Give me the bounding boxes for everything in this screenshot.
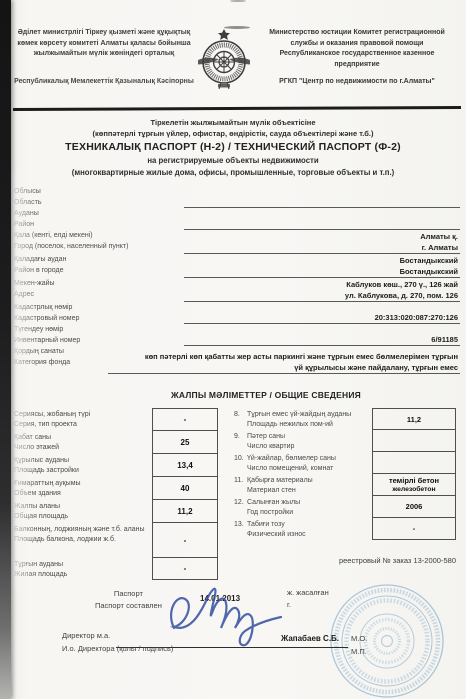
field-label-kk: Қордың санаты xyxy=(14,347,108,358)
field-cadastral-number: Кадастрлық нөмірКадастровый номер 20:313… xyxy=(14,303,460,324)
director-label: Директор м.а. И.о. Директора (қолы / под… xyxy=(62,629,173,655)
subtitle-kazakh-note: (көппәтерлі тұрғын үйлер, офистар, өндір… xyxy=(0,128,466,139)
made-label-ru: г. xyxy=(287,599,329,611)
field-value: Каблуков көш., 270 ү., 126 жайул. Каблук… xyxy=(184,279,460,302)
passport-label-ru: Паспорт составлен xyxy=(95,600,162,612)
value-box xyxy=(372,429,456,452)
general-row-floors: Қабат саныЧисло этажей 25 xyxy=(14,431,218,454)
row-number: 11. xyxy=(234,474,247,496)
value-box: - xyxy=(372,517,456,540)
field-value-ru: 6/91185 xyxy=(184,334,458,345)
value-line: 2006 xyxy=(406,502,423,511)
row-label-ru: Серия, тип проекта xyxy=(14,420,148,430)
row-label-ru: Площадь застройки xyxy=(14,466,148,476)
value-line: темірлі бетон xyxy=(389,476,439,485)
field-value: көп пәтерлі көп қабатты жер асты паркинг… xyxy=(108,347,460,374)
org-line: службы и оказания правовой помощи xyxy=(256,39,458,50)
general-section-title: ЖАЛПЫ МӘЛІМЕТТЕР / ОБЩИЕ СВЕДЕНИЯ xyxy=(0,390,466,400)
general-row-footprint: Құрылыс ауданыПлощадь застройки 13,4 xyxy=(14,454,218,477)
field-value-ru: 20:313:020:087:270:126 xyxy=(184,312,458,323)
value-line: железобетон xyxy=(392,485,435,494)
value-box: 11,2 xyxy=(152,499,218,523)
row-label-kk: Қабат саны xyxy=(14,433,148,443)
value-box: 11,2 xyxy=(372,408,456,430)
org-block-kazakh: Әділет министрлігі Тіркеу қызметі және қ… xyxy=(14,28,194,97)
row-label-ru: Физический износ xyxy=(247,530,368,540)
org-block-russian: Министерство юстиции Комитет регистрацио… xyxy=(256,28,458,97)
round-blue-stamp-icon xyxy=(326,580,448,699)
row-label-kk: Жалпы аланы xyxy=(14,502,148,512)
row-label-kk: Сериясы, жобаның түрі xyxy=(14,410,148,420)
field-city: Қала (кенті, елді мекені)Город (поселок,… xyxy=(14,231,460,254)
general-row-series: Сериясы, жобаның түріСерия, тип проекта … xyxy=(14,408,218,431)
row-label-kk: Ғимараттың ауқымы xyxy=(14,479,148,489)
row-label-ru: Жилая площадь xyxy=(14,570,148,580)
row-label-ru: Число помещений, комнат xyxy=(247,464,368,474)
scanned-technical-passport-page: Әділет министрлігі Тіркеу қызметі және қ… xyxy=(0,0,466,699)
scan-edge-shadow xyxy=(0,0,11,699)
org-name-kazakh: Республикалық Мемлекеттік Қазыналық Кәсі… xyxy=(14,77,194,88)
field-label-kk: Ауданы xyxy=(14,209,184,220)
row-label-kk: Тұрғын емес үй-жайдың ауданы xyxy=(247,410,368,420)
row-label-ru: Площадь нежилых пом-ий xyxy=(247,420,368,430)
field-label-ru: Город (поселок, населенный пункт) xyxy=(14,242,184,253)
field-value-ru: үй құрылысы және пайдалану, тұрғын емес xyxy=(108,362,458,373)
row-label-ru: Общая площадь xyxy=(14,512,148,522)
field-label-ru: Область xyxy=(14,198,184,209)
subtitle-kazakh: Тіркелетін жылжымайтын мүлік объектісіне xyxy=(0,117,466,128)
scan-speck xyxy=(230,0,246,2)
row-label-ru: Материал стен xyxy=(247,486,368,496)
row-label-ru: Число квартир xyxy=(247,442,368,452)
kazakhstan-coat-of-arms-icon xyxy=(195,28,255,97)
field-value: Алматы қ.г. Алматы xyxy=(184,231,460,254)
row-label-kk: Пәтер саны xyxy=(247,432,368,442)
general-row-volume: Ғимараттың ауқымыОбъем здания 40 xyxy=(14,477,218,500)
made-label: ж. жасалған г. xyxy=(287,587,329,611)
value-box: темірлі бетонжелезобетон xyxy=(372,473,456,496)
handwritten-signature-icon xyxy=(160,566,290,657)
field-label-ru: Категория фонда xyxy=(14,358,108,369)
value-box: 13,4 xyxy=(152,453,218,477)
org-line: Министерство юстиции Комитет регистрацио… xyxy=(256,28,458,39)
field-label-kk: Түгендеу нөмір xyxy=(14,325,184,336)
field-value-ru: ул. Каблукова, д. 270, пом. 126 xyxy=(184,290,458,301)
row-number: 13. xyxy=(234,518,247,540)
row-label-kk: Қабырға материалы xyxy=(247,476,368,486)
value-box: - xyxy=(152,522,218,558)
field-oblast: ОблысыОбласть xyxy=(14,187,460,208)
row-label-kk: Табиғи тозу xyxy=(247,520,368,530)
row-label-ru: Объем здания xyxy=(14,489,148,499)
general-row-total-area: Жалпы аланыОбщая площадь 11,2 xyxy=(14,500,218,523)
field-value-ru: г. Алматы xyxy=(184,242,458,253)
field-fund-category: Қордың санатыКатегория фонда көп пәтерлі… xyxy=(14,347,460,374)
value-line: 11,2 xyxy=(407,415,421,424)
row-label-ru: Число этажей xyxy=(14,443,148,453)
header: Әділет министрлігі Тіркеу қызметі және қ… xyxy=(0,0,466,97)
field-label-kk: Мекен-жайы xyxy=(14,279,184,290)
value-box: - xyxy=(152,408,218,431)
header-divider-line xyxy=(13,106,461,111)
document-title-block: Тіркелетін жылжымайтын мүлік объектісіне… xyxy=(0,117,466,178)
address-section: ОблысыОбласть АуданыРайон Қала (кенті, е… xyxy=(14,187,460,374)
value-box xyxy=(372,451,456,474)
org-line: жылжымайтын мүлік жөніндегі орталық xyxy=(14,49,194,60)
field-label-ru: Адрес xyxy=(14,290,184,301)
value-box: 40 xyxy=(152,476,218,500)
passport-label-kk: Паспорт xyxy=(95,588,162,600)
director-label-ru: И.о. Директора (қолы / подпись) xyxy=(62,642,173,655)
footer: Паспорт Паспорт составлен 14.01.2013 ж. … xyxy=(0,582,466,699)
general-row-year-built: 12. Салынған жылыГод постройки 2006 xyxy=(234,496,456,518)
general-right-column: 8. Тұрғын емес үй-жайдың ауданыПлощадь н… xyxy=(234,408,456,580)
field-value-kk: Каблуков көш., 270 ү., 126 жай xyxy=(184,279,458,290)
field-value: 20:313:020:087:270:126 xyxy=(184,303,460,324)
subtitle-russian: на регистрируемые объекты недвижимости xyxy=(0,155,466,167)
field-value xyxy=(184,209,460,230)
value-box: 2006 xyxy=(372,495,456,518)
general-row-balcony-area: Балконның, лоджияның және т.б. аланыПлощ… xyxy=(14,523,218,558)
field-inventory-number: Түгендеу нөмірИнвентарный номер 6/91185 xyxy=(14,325,460,346)
org-line: Республиканское государственное казенное xyxy=(256,49,458,60)
field-city-district: Қаладағы ауданРайон в городе Бостандыкск… xyxy=(14,255,460,278)
org-name-russian: РГКП "Центр по недвижимости по г.Алматы" xyxy=(256,77,458,88)
general-row-nonliving-area: 8. Тұрғын емес үй-жайдың ауданыПлощадь н… xyxy=(234,408,456,430)
row-label-kk: Құрылыс ауданы xyxy=(14,456,148,466)
row-label-ru: Площадь балкона, лоджии ж.б. xyxy=(14,535,148,545)
made-label-kk: ж. жасалған xyxy=(287,587,329,599)
row-number: 9. xyxy=(234,430,247,452)
field-label-kk: Кадастрлық нөмір xyxy=(14,303,184,314)
org-line: көмек көрсету комитеті Алматы қаласы бой… xyxy=(14,39,194,50)
field-value-kk: Бостандыкский xyxy=(184,255,458,266)
general-left-column: Сериясы, жобаның түріСерия, тип проекта … xyxy=(14,408,218,580)
field-value-ru: Бостандыкский xyxy=(184,266,458,277)
field-value: БостандыкскийБостандыкский xyxy=(184,255,460,278)
row-label-kk: Үй-жайлар, бөлмелер саны xyxy=(247,454,368,464)
general-row-wear: 13. Табиғи тозуФизический износ - xyxy=(234,518,456,540)
field-label-ru: Район xyxy=(14,220,184,231)
value-box: 25 xyxy=(152,430,218,454)
row-label-kk: Тұрғын ауданы xyxy=(14,560,148,570)
subtitle-russian-note: (многоквартирные жилые дома, офисы, пром… xyxy=(0,167,466,179)
general-row-wall-material: 11. Қабырға материалыМатериал стен темір… xyxy=(234,474,456,496)
field-address: Мекен-жайыАдрес Каблуков көш., 270 ү., 1… xyxy=(14,279,460,302)
field-label-ru: Кадастровый номер xyxy=(14,314,184,325)
page-title: ТЕХНИКАЛЫҚ ПАСПОРТ (Н-2) / ТЕХНИЧЕСКИЙ П… xyxy=(0,139,466,155)
row-label-kk: Салынған жылы xyxy=(247,498,368,508)
row-label-ru: Год постройки xyxy=(247,508,368,518)
field-label-ru: Район в городе xyxy=(14,266,184,277)
registry-order-note: реестровый № заказ 13-2000-580 xyxy=(234,556,456,565)
general-row-rooms: 10. Үй-жайлар, бөлмелер саныЧисло помеще… xyxy=(234,452,456,474)
row-number: 12. xyxy=(234,496,247,518)
row-number: 10. xyxy=(234,452,247,474)
field-label-ru: Инвентарный номер xyxy=(14,336,184,347)
row-label-kk: Балконның, лоджияның және т.б. аланы xyxy=(14,525,148,535)
org-line: Әділет министрлігі Тіркеу қызметі және қ… xyxy=(14,28,194,39)
general-info-columns: Сериясы, жобаның түріСерия, тип проекта … xyxy=(14,408,456,580)
value-line: - xyxy=(413,524,416,533)
org-line: предприятие xyxy=(256,60,458,71)
field-label-kk: Облысы xyxy=(14,187,184,198)
field-rayon: АуданыРайон xyxy=(14,209,460,230)
row-number: 8. xyxy=(234,408,247,430)
field-label-kk: Қала (кенті, елді мекені) xyxy=(14,231,184,242)
column-gap xyxy=(218,408,234,580)
passport-made-label: Паспорт Паспорт составлен xyxy=(95,588,162,612)
field-label-kk: Қаладағы аудан xyxy=(14,255,184,266)
director-label-kk: Директор м.а. xyxy=(62,629,173,642)
field-value-kk: көп пәтерлі көп қабатты жер асты паркинг… xyxy=(108,351,458,362)
field-value-kk: Алматы қ. xyxy=(184,231,458,242)
field-value: 6/91185 xyxy=(184,325,460,346)
general-row-apartments: 9. Пәтер саныЧисло квартир xyxy=(234,430,456,452)
field-value xyxy=(184,187,460,208)
